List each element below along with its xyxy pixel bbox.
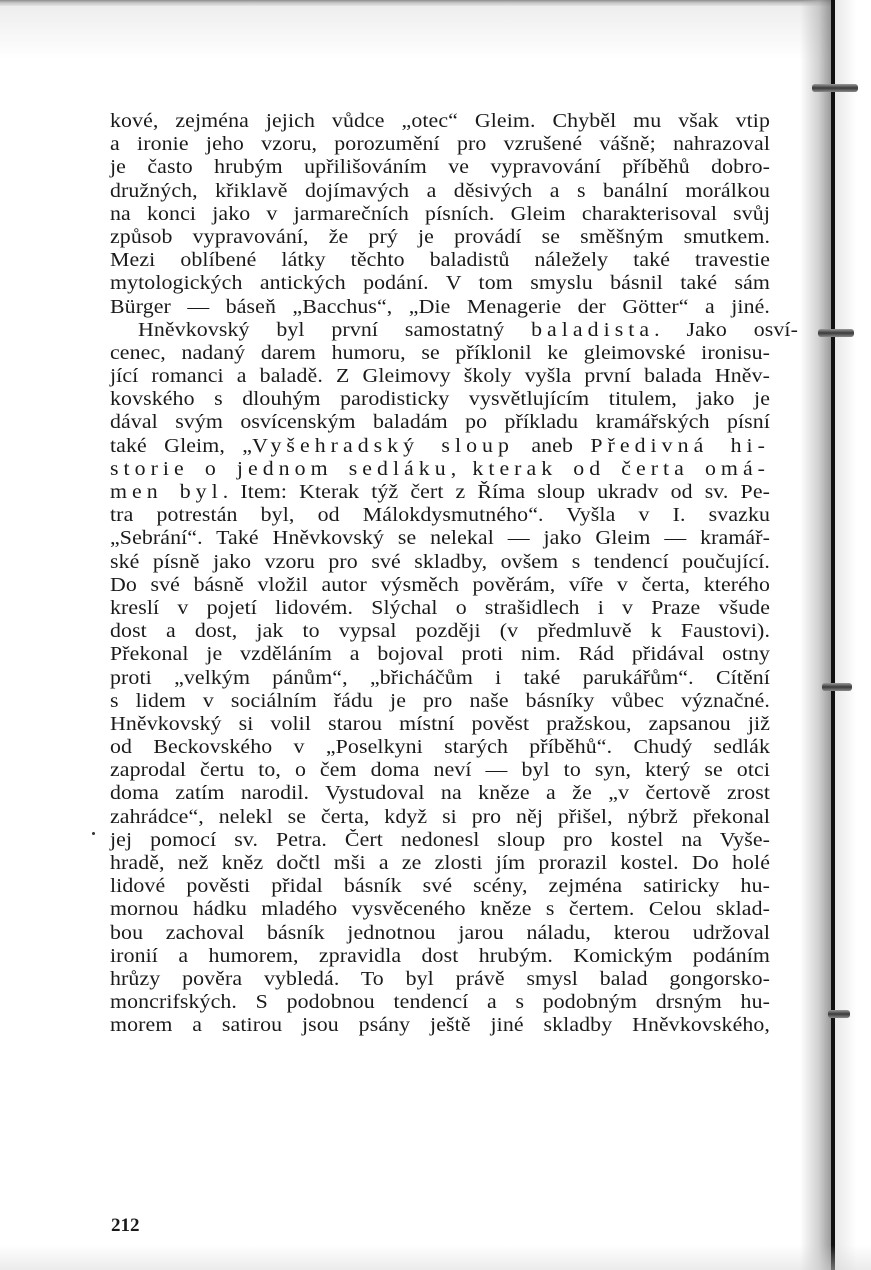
binding-stitch-4 (828, 1010, 850, 1018)
text-line: morem a satirou jsou psány ještě jiné sk… (110, 1014, 770, 1037)
facing-page-edge (835, 0, 871, 1270)
text-line: zaprodal čertu to, o čem doma neví — byl… (110, 759, 770, 782)
text-line: kové, zejména jejich vůdce „otec“ Gleim.… (110, 110, 770, 133)
text-line: kreslí v pojetí lidovém. Slýchal o straš… (110, 597, 770, 620)
text-line: je často hrubým upřilišováním ve vypravo… (110, 156, 770, 179)
text-line: od Beckovského v „Poselkyni starých příb… (110, 736, 770, 759)
text-line: „Sebrání“. Také Hněvkovský se nelekal — … (110, 527, 770, 550)
emphasized-title: men byl (110, 482, 223, 503)
text-line: způsob vypravování, že prý je provádí se… (110, 226, 770, 249)
text-line: tra potrestán byl, od Málokdysmutného“. … (110, 504, 770, 527)
title-line: storie o jednom sedláku, kterak od čerta… (110, 458, 770, 481)
body-text: kové, zejména jejich vůdce „otec“ Gleim.… (110, 110, 770, 1038)
binding-stitch-3 (822, 683, 852, 691)
text-fragment: . Item: Kterak týž čert z Říma sloup ukr… (223, 482, 770, 503)
text-line: jící romanci a baladě. Z Gleimovy školy … (110, 365, 770, 388)
text-line: ironií a humorem, zpravidla dost hrubým.… (110, 945, 770, 968)
text-line: jej pomocí sv. Petra. Čert nedonesl slou… (110, 829, 770, 852)
paragraph-start-line: Hněvkovský byl první samostatný baladist… (110, 319, 798, 342)
text-line: mornou hádku mladého vysvěceného kněze s… (110, 898, 770, 921)
text-fragment: . Jako osví- (654, 320, 798, 341)
text-line: bou zachoval básník jednotnou jarou nála… (110, 922, 770, 945)
text-line: na konci jako v jarmarečních písních. Gl… (110, 203, 770, 226)
emphasized-title: kterak od čerta omá- (472, 459, 770, 480)
text-line: doma zatím narodil. Vystudoval na kněze … (110, 782, 770, 805)
text-line: kovského s dlouhým parodisticky vysvětlu… (110, 388, 770, 411)
binding-spine (831, 0, 835, 1270)
text-line: moncrifských. S podobnou tendencí a s po… (110, 991, 770, 1014)
page-number: 212 (111, 1215, 140, 1237)
text-line: proti „velkým pánům“, „břicháčům i také … (110, 667, 770, 690)
text-line: mytologických antických podání. V tom sm… (110, 272, 770, 295)
text-line: Překonal je vzděláním a bojoval proti ni… (110, 643, 770, 666)
text-line: dost a dost, jak to vypsal později (v př… (110, 620, 770, 643)
emphasized-title: Předivná hi- (590, 436, 770, 457)
emphasized-title: storie o jednom sedláku, (110, 459, 461, 480)
text-line: Mezi oblíbené látky těchto baladistů nál… (110, 249, 770, 272)
text-line: zahrádce“, nelekl se čerta, když si pro … (110, 806, 770, 829)
scan-speck (92, 832, 95, 835)
text-line: dával svým osvícenským baladám po příkla… (110, 411, 770, 434)
text-line: Hněvkovský si volil starou místní pověst… (110, 713, 770, 736)
text-line: hradě, než kněz dočtl mši a ze zlosti jí… (110, 852, 770, 875)
text-line: ské písně jako vzoru pro své skladby, ov… (110, 551, 770, 574)
page-top-shade (0, 0, 871, 60)
text-line: cenec, nadaný darem humoru, se příklonil… (110, 342, 770, 365)
title-line: také Gleim, „Vyšehradský sloup aneb Před… (110, 435, 770, 458)
text-line: a ironie jeho vzoru, porozumění pro vzru… (110, 133, 770, 156)
text-line: Do své básně vložil autor výsměch pověrá… (110, 574, 770, 597)
emphasized-term: baladista (531, 320, 654, 341)
text-line: hrůzy pověra vybledá. To byl právě smysl… (110, 968, 770, 991)
text-fragment (461, 459, 472, 480)
emphasized-title: Vyšehradský sloup (252, 436, 514, 457)
text-line: Bürger — báseň „Bacchus“, „Die Menagerie… (110, 296, 770, 319)
binding-shadow (800, 0, 834, 1270)
text-line: družných, křiklavě dojímavých a děsivých… (110, 180, 770, 203)
text-line: lidové pověsti přidal básník své scény, … (110, 875, 770, 898)
title-line: men byl. Item: Kterak týž čert z Říma sl… (110, 481, 770, 504)
text-fragment: aneb (514, 436, 590, 457)
binding-stitch-1 (812, 84, 858, 92)
text-line: s lidem v sociálním řádu je pro naše bás… (110, 690, 770, 713)
binding-stitch-2 (818, 329, 854, 337)
text-fragment: také Gleim, „ (110, 436, 252, 457)
page-bottom-shade (0, 1245, 871, 1270)
text-fragment: Hněvkovský byl první samostatný (138, 320, 531, 341)
